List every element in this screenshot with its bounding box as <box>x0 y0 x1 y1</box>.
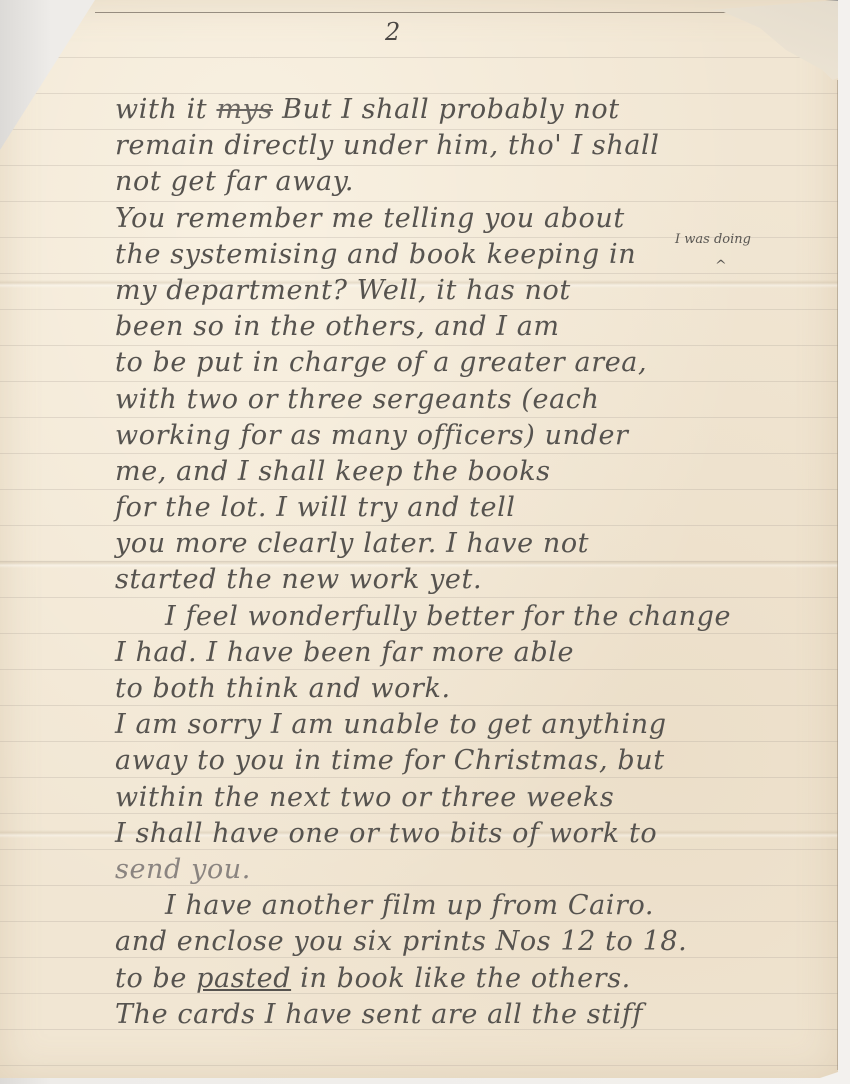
line-text: the systemising and book keeping <box>115 239 609 270</box>
handwritten-line: you more clearly later. I have not <box>115 526 835 562</box>
handwritten-line: I am sorry I am unable to get anything <box>115 707 835 743</box>
handwritten-line: working for as many officers) under <box>115 418 835 454</box>
handwritten-line: to both think and work. <box>115 671 835 707</box>
handwritten-line: not get far away. <box>115 164 835 200</box>
handwritten-line: me, and I shall keep the books <box>115 454 835 490</box>
line-text: not get far away. <box>115 166 354 197</box>
handwritten-line: I feel wonderfully better for the change <box>115 599 835 635</box>
line-text: and enclose you six prints Nos 12 to 18. <box>115 926 687 957</box>
handwritten-line: I shall have one or two bits of work to <box>115 816 835 852</box>
line-text: started the new work yet. <box>115 564 482 595</box>
line-text: to both think and work. <box>115 673 451 704</box>
handwritten-line: to be pasted in book like the others. <box>115 961 835 997</box>
line-text: I had. I have been far more able <box>115 637 574 668</box>
handwritten-line: with it mys But I shall probably not <box>115 92 835 128</box>
paper-right-edge <box>837 80 838 1070</box>
line-text: I am sorry I am unable to get anything <box>115 709 667 740</box>
insertion-caret-icon: ^ <box>715 259 727 273</box>
handwritten-line: I have another film up from Cairo. <box>115 888 835 924</box>
handwritten-line: started the new work yet. <box>115 562 835 598</box>
line-text: me, and I shall keep the books <box>115 456 551 487</box>
line-text: within the next two or three weeks <box>115 782 614 813</box>
underlined-word: pasted <box>196 963 291 994</box>
page-number: 2 <box>385 18 400 46</box>
handwritten-line: I had. I have been far more able <box>115 635 835 671</box>
line-text: to be <box>115 963 196 994</box>
handwritten-line: away to you in time for Christmas, but <box>115 743 835 779</box>
line-text: been so in the others, and I am <box>115 311 560 342</box>
line-text: send you. <box>115 854 251 885</box>
handwritten-line: and enclose you six prints Nos 12 to 18. <box>115 924 835 960</box>
interlinear-insertion: I was doing <box>675 233 751 247</box>
handwritten-line: send you. <box>115 852 835 888</box>
paper-top-edge <box>95 12 735 13</box>
line-text: I shall have one or two bits of work to <box>115 818 657 849</box>
handwritten-line: been so in the others, and I am <box>115 309 835 345</box>
line-text: in book like the others. <box>291 963 631 994</box>
handwritten-line: The cards I have sent are all the stiff <box>115 997 835 1033</box>
line-text: But I shall probably not <box>273 94 620 125</box>
line-text: I feel wonderfully better for the change <box>165 601 731 632</box>
line-text: with it <box>115 94 216 125</box>
line-text: for the lot. I will try and tell <box>115 492 516 523</box>
line-text: you more clearly later. I have not <box>115 528 589 559</box>
line-text: with two or three sergeants (each <box>115 384 600 415</box>
line-text: working for as many officers) under <box>115 420 629 451</box>
handwritten-line: remain directly under him, tho' I shall <box>115 128 835 164</box>
handwritten-line: within the next two or three weeks <box>115 780 835 816</box>
handwritten-line: with two or three sergeants (each <box>115 382 835 418</box>
line-text: my department? Well, it has not <box>115 275 571 306</box>
handwritten-line: to be put in charge of a greater area, <box>115 345 835 381</box>
handwritten-line: the systemising and book keeping inI was… <box>115 237 835 273</box>
line-text: away to you in time for Christmas, but <box>115 745 665 776</box>
struck-out-word: mys <box>216 94 273 125</box>
line-text: remain directly under him, tho' I shall <box>115 130 660 161</box>
line-text: I have another film up from Cairo. <box>165 890 654 921</box>
letter-body: with it mys But I shall probably notrema… <box>115 92 835 1033</box>
handwritten-line: my department? Well, it has not <box>115 273 835 309</box>
line-text: The cards I have sent are all the stiff <box>115 999 643 1030</box>
line-text: to be put in charge of a greater area, <box>115 347 647 378</box>
handwritten-line: for the lot. I will try and tell <box>115 490 835 526</box>
line-text: in <box>609 239 636 270</box>
line-text: You remember me telling you about <box>115 203 625 234</box>
